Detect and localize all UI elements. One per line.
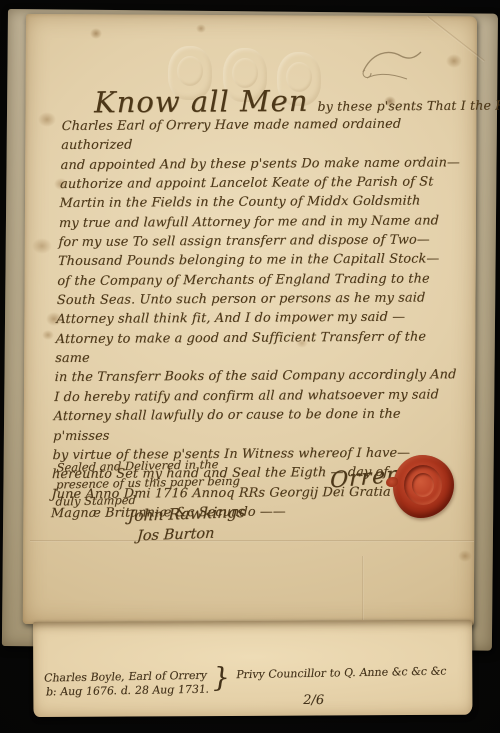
photograph-of-manuscript: Know all Men by these p'sents That I the… xyxy=(0,0,500,733)
fold-crease xyxy=(362,556,364,620)
deed-line: Attorney shall think fit, And I do impow… xyxy=(56,308,463,330)
deed-line: Attorney to make a good and Sufficient T… xyxy=(55,327,462,369)
fold-crease xyxy=(30,540,474,542)
docket-brace: } xyxy=(211,664,232,691)
attestation-clause: Sealed and Delivered in the presence of … xyxy=(55,454,297,510)
deed-line: Attorney shall lawfully do or cause to b… xyxy=(53,404,460,446)
price-mark: 2/6 xyxy=(302,693,326,708)
seal-impression xyxy=(412,473,434,497)
ink-scrawl-docket-mark xyxy=(357,40,429,86)
opening-continuation: by these p'sents That I the Rt Honble xyxy=(317,97,500,114)
opening-words: Know all Men xyxy=(94,84,309,119)
deed-line: Thousand Pounds belonging to me in the C… xyxy=(58,250,465,272)
witness-signature-burton: Jos Burton xyxy=(136,526,214,545)
docket-title: Privy Councillor to Q. Anne &c &c &c xyxy=(235,664,447,681)
deed-line: Charles Earl of Orrery Have made named o… xyxy=(61,114,468,156)
deed-line: Martin in the Fields in the County of Mi… xyxy=(59,192,466,214)
deed-line: in the Transferr Books of the said Compa… xyxy=(54,366,461,388)
